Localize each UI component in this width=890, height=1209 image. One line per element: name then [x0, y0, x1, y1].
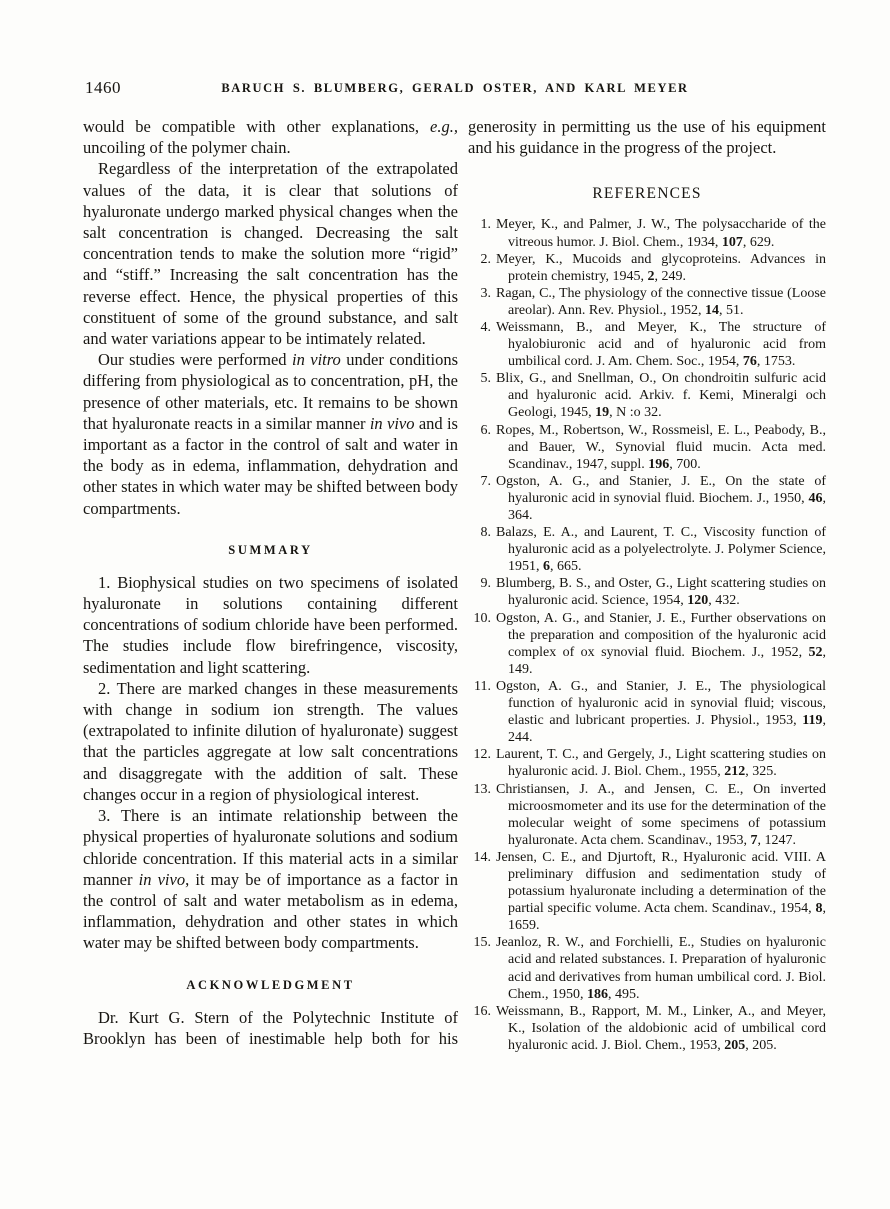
reference-number: 2. — [468, 251, 491, 268]
reference-number: 13. — [468, 781, 491, 798]
reference-text: Ogston, A. G., and Stanier, J. E., On th… — [496, 474, 826, 523]
reference-number: 3. — [468, 285, 491, 302]
reference-item: 15.Jeanloz, R. W., and Forchielli, E., S… — [468, 934, 826, 1002]
left-column: would be compatible with other explanati… — [83, 116, 458, 1049]
reference-number: 5. — [468, 370, 491, 387]
reference-number: 9. — [468, 575, 491, 592]
reference-item: 1.Meyer, K., and Palmer, J. W., The poly… — [468, 216, 826, 250]
reference-item: 12.Laurent, T. C., and Gergely, J., Ligh… — [468, 746, 826, 780]
reference-item: 6.Ropes, M., Robertson, W., Rossmeisl, E… — [468, 422, 826, 473]
page-header: 1460 BARUCH S. BLUMBERG, GERALD OSTER, A… — [83, 78, 827, 98]
reference-text: Christiansen, J. A., and Jensen, C. E., … — [496, 782, 826, 848]
reference-item: 14.Jensen, C. E., and Djurtoft, R., Hyal… — [468, 849, 826, 934]
paragraph: Our studies were performed in vitro unde… — [83, 349, 458, 519]
paragraph: would be compatible with other explanati… — [83, 116, 458, 158]
reference-text: Ropes, M., Robertson, W., Rossmeisl, E. … — [496, 423, 826, 472]
reference-number: 10. — [468, 610, 491, 627]
reference-text: Ogston, A. G., and Stanier, J. E., The p… — [496, 679, 826, 745]
summary-heading: SUMMARY — [83, 543, 458, 558]
reference-number: 8. — [468, 524, 491, 541]
reference-number: 6. — [468, 422, 491, 439]
page-number: 1460 — [85, 78, 121, 98]
reference-item: 5.Blix, G., and Snellman, O., On chondro… — [468, 370, 826, 421]
reference-item: 2.Meyer, K., Mucoids and glycoproteins. … — [468, 251, 826, 285]
reference-number: 16. — [468, 1003, 491, 1020]
reference-text: Weissmann, B., and Meyer, K., The struct… — [496, 320, 826, 369]
references-heading: REFERENCES — [468, 185, 826, 203]
reference-text: Meyer, K., Mucoids and glycoproteins. Ad… — [496, 252, 826, 284]
reference-number: 4. — [468, 319, 491, 336]
acknowledgment-continuation: generosity in permitting us the use of h… — [468, 116, 826, 158]
reference-item: 11.Ogston, A. G., and Stanier, J. E., Th… — [468, 678, 826, 746]
reference-text: Weissmann, B., Rapport, M. M., Linker, A… — [496, 1004, 826, 1053]
reference-number: 14. — [468, 849, 491, 866]
acknowledgment-paragraph: Dr. Kurt G. Stern of the Polytechnic Ins… — [83, 1007, 458, 1049]
acknowledgment-heading: ACKNOWLEDGMENT — [83, 978, 458, 993]
reference-text: Meyer, K., and Palmer, J. W., The polysa… — [496, 217, 826, 249]
reference-item: 13.Christiansen, J. A., and Jensen, C. E… — [468, 781, 826, 849]
reference-item: 4.Weissmann, B., and Meyer, K., The stru… — [468, 319, 826, 370]
reference-text: Blumberg, B. S., and Oster, G., Light sc… — [496, 576, 826, 608]
reference-number: 7. — [468, 473, 491, 490]
reference-number: 12. — [468, 746, 491, 763]
reference-text: Jeanloz, R. W., and Forchielli, E., Stud… — [496, 935, 826, 1001]
reference-number: 11. — [468, 678, 491, 695]
reference-text: Ogston, A. G., and Stanier, J. E., Furth… — [496, 611, 826, 677]
reference-item: 16.Weissmann, B., Rapport, M. M., Linker… — [468, 1003, 826, 1054]
reference-item: 8.Balazs, E. A., and Laurent, T. C., Vis… — [468, 524, 826, 575]
reference-item: 3.Ragan, C., The physiology of the conne… — [468, 285, 826, 319]
reference-item: 7.Ogston, A. G., and Stanier, J. E., On … — [468, 473, 826, 524]
right-column: generosity in permitting us the use of h… — [468, 116, 826, 1054]
summary-paragraph: 1. Biophysical studies on two specimens … — [83, 572, 458, 678]
reference-text: Balazs, E. A., and Laurent, T. C., Visco… — [496, 525, 826, 574]
summary-paragraph: 2. There are marked changes in these mea… — [83, 678, 458, 805]
reference-text: Laurent, T. C., and Gergely, J., Light s… — [496, 747, 826, 779]
reference-text: Jensen, C. E., and Djurtoft, R., Hyaluro… — [496, 850, 826, 933]
paragraph: Regardless of the interpretation of the … — [83, 158, 458, 349]
reference-text: Blix, G., and Snellman, O., On chondroit… — [496, 371, 826, 420]
reference-text: Ragan, C., The physiology of the connect… — [496, 286, 826, 318]
reference-item: 10.Ogston, A. G., and Stanier, J. E., Fu… — [468, 610, 826, 678]
reference-number: 1. — [468, 216, 491, 233]
reference-number: 15. — [468, 934, 491, 951]
journal-page: 1460 BARUCH S. BLUMBERG, GERALD OSTER, A… — [0, 0, 890, 1209]
summary-paragraph: 3. There is an intimate relationship bet… — [83, 805, 458, 953]
running-title: BARUCH S. BLUMBERG, GERALD OSTER, AND KA… — [83, 78, 827, 96]
two-column-layout: would be compatible with other explanati… — [83, 116, 827, 1054]
reference-item: 9.Blumberg, B. S., and Oster, G., Light … — [468, 575, 826, 609]
